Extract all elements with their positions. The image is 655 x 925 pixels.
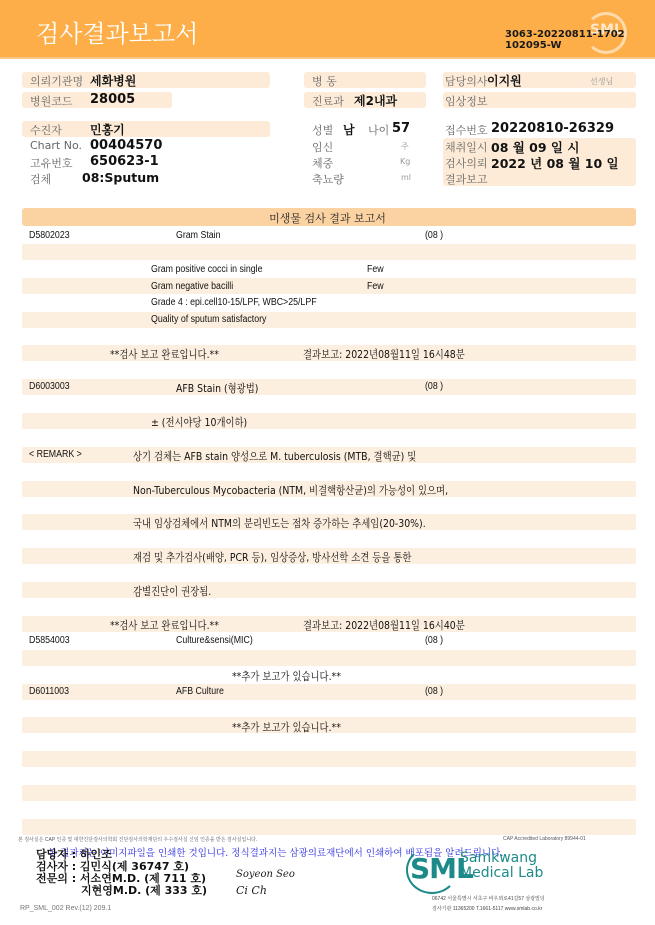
- id-label: 고유번호: [30, 155, 73, 171]
- afb-culture-code: D6011003: [29, 686, 69, 697]
- id-value: 650623-1: [90, 154, 159, 169]
- weight-unit: Kg: [400, 157, 410, 166]
- afb-culture-status: **추가 보고가 있습니다.**: [232, 719, 341, 735]
- remark-label: < REMARK >: [29, 449, 82, 460]
- collect-label: 채취일시: [445, 139, 488, 155]
- report-label: 결과보고: [445, 171, 488, 187]
- stripe: [22, 278, 636, 294]
- gram-report-time: 결과보고: 2022년08월11일 16시48분: [303, 346, 465, 362]
- brand-line-2: Medical Lab: [460, 866, 543, 881]
- remark-line-1: 상기 검체는 AFB stain 양성으로 M. tuberculosis (M…: [133, 448, 416, 464]
- gram-finding-1-value: Few: [367, 264, 384, 275]
- weight-label: 체중: [312, 155, 333, 171]
- ward-label: 병 동: [312, 73, 337, 89]
- patient-label: 수진자: [30, 122, 62, 138]
- receipt-value: 20220810-26329: [491, 121, 614, 136]
- report-code-line2: 102095-W: [505, 40, 625, 51]
- stripe: [22, 413, 636, 429]
- doctor-value: 이지원: [487, 72, 522, 89]
- pregnancy-label: 임신: [312, 139, 333, 155]
- brand-line-1: Samkwang: [460, 851, 543, 866]
- remark-line-2: Non-Tuberculous Mycobacteria (NTM, 비결핵항산…: [133, 482, 448, 498]
- stripe: [22, 785, 636, 801]
- pregnancy-unit: 주: [401, 141, 409, 152]
- stripe: [22, 244, 636, 260]
- stripe: [22, 819, 636, 835]
- stripe: [22, 379, 636, 395]
- hospital-code-value: 28005: [90, 92, 135, 107]
- remark-status: **검사 보고 완료입니다.**: [110, 617, 219, 633]
- age-label: 나이: [368, 122, 389, 138]
- report-code: 3063-20220811-1702 102095-W: [505, 29, 625, 51]
- doctor-label: 담당의사: [445, 73, 488, 89]
- signature-2: Ci Ch: [236, 884, 267, 897]
- afb-stain-specimen: (08 ): [425, 381, 443, 392]
- doctor-suffix: 선생님: [590, 76, 613, 87]
- cap-accreditation: CAP Accredited Laboratory 89944-01: [503, 836, 586, 842]
- stripe: [22, 751, 636, 767]
- remark-report-time: 결과보고: 2022년08월11일 16시40분: [303, 617, 465, 633]
- revision-code: RP_SML_002 Rev.(12) 209.1: [20, 905, 111, 912]
- sml-brand-name: Samkwang Medical Lab: [460, 851, 543, 881]
- gram-specimen: (08 ): [425, 230, 443, 241]
- hospital-label: 의뢰기관명: [30, 73, 83, 89]
- afb-culture-name: AFB Culture: [176, 686, 224, 697]
- dept-value: 제2내과: [354, 92, 397, 109]
- address-line-2: 검사기관 11365200 T.1661-5117 www.smlab.co.k…: [432, 905, 542, 912]
- hospital-value: 세화병원: [90, 72, 136, 89]
- gram-code: D5802023: [29, 230, 70, 241]
- gram-status: **검사 보고 완료입니다.**: [110, 346, 219, 362]
- receipt-label: 접수번호: [445, 122, 488, 138]
- sex-value: 남: [343, 121, 355, 138]
- afb-stain-name: AFB Stain (형광법): [176, 380, 258, 396]
- stripe: [22, 312, 636, 328]
- specimen-label: 검체: [30, 171, 51, 187]
- gram-finding-1: Gram positive cocci in single: [151, 264, 263, 275]
- gram-finding-4: Quality of sputum satisfactory: [151, 314, 266, 325]
- clinical-label: 임상정보: [445, 93, 488, 109]
- chart-value: 00404570: [90, 138, 162, 153]
- gram-finding-2: Gram negative bacilli: [151, 281, 233, 292]
- stripe: [22, 582, 636, 598]
- stripe: [22, 684, 636, 700]
- chart-label: Chart No.: [30, 139, 82, 152]
- stripe: [22, 650, 636, 666]
- footer-notice: 본 검사실은 CAP 인증 및 대한진단검사의학회 진단검사의학재단의 우수검사…: [18, 836, 257, 843]
- age-value: 57: [392, 121, 410, 136]
- signature-1: Soyeon Seo: [236, 869, 295, 880]
- report-title: 검사결과보고서: [36, 14, 198, 49]
- dept-label: 진료과: [312, 93, 344, 109]
- afb-stain-result: ± (전시야당 10개이하): [151, 414, 247, 430]
- address-line-1: 06742 서울특별시 서초구 바우뫼로41길57 삼광빌딩: [432, 895, 545, 902]
- urine-unit: ml: [401, 173, 411, 182]
- gram-finding-3: Grade 4 : epi.cell10-15/LPF, WBC>25/LPF: [151, 297, 317, 308]
- section-title: 미생물 검사 결과 보고서: [0, 210, 655, 226]
- patient-value: 민홍기: [90, 121, 125, 138]
- sex-label: 성별: [312, 122, 333, 138]
- culture-status: **추가 보고가 있습니다.**: [232, 668, 341, 684]
- remark-line-3: 국내 임상검체에서 NTM의 분리빈도는 점차 증가하는 추세임(20-30%)…: [133, 515, 426, 531]
- request-label: 검사의뢰: [445, 155, 488, 171]
- remark-line-5: 감별진단이 권장됨.: [133, 583, 211, 599]
- gram-finding-2-value: Few: [367, 281, 384, 292]
- urine-label: 축뇨량: [312, 171, 344, 187]
- culture-name: Culture&sensi(MIC): [176, 635, 253, 646]
- report-code-line1: 3063-20220811-1702: [505, 29, 625, 40]
- culture-code: D5854003: [29, 635, 70, 646]
- remark-line-4: 재검 및 추가검사(배양, PCR 등), 임상증상, 방사선학 소견 등을 통…: [133, 549, 411, 565]
- hospital-code-label: 병원코드: [30, 93, 73, 109]
- culture-specimen: (08 ): [425, 635, 443, 646]
- afb-stain-code: D6003003: [29, 381, 70, 392]
- gram-name: Gram Stain: [176, 230, 221, 241]
- request-value: 2022 년 08 월 10 일: [491, 154, 619, 172]
- specimen-value: 08:Sputum: [82, 170, 159, 185]
- afb-culture-specimen: (08 ): [425, 686, 443, 697]
- specialist-line-2: 지현영M.D. (제 333 호): [81, 885, 207, 897]
